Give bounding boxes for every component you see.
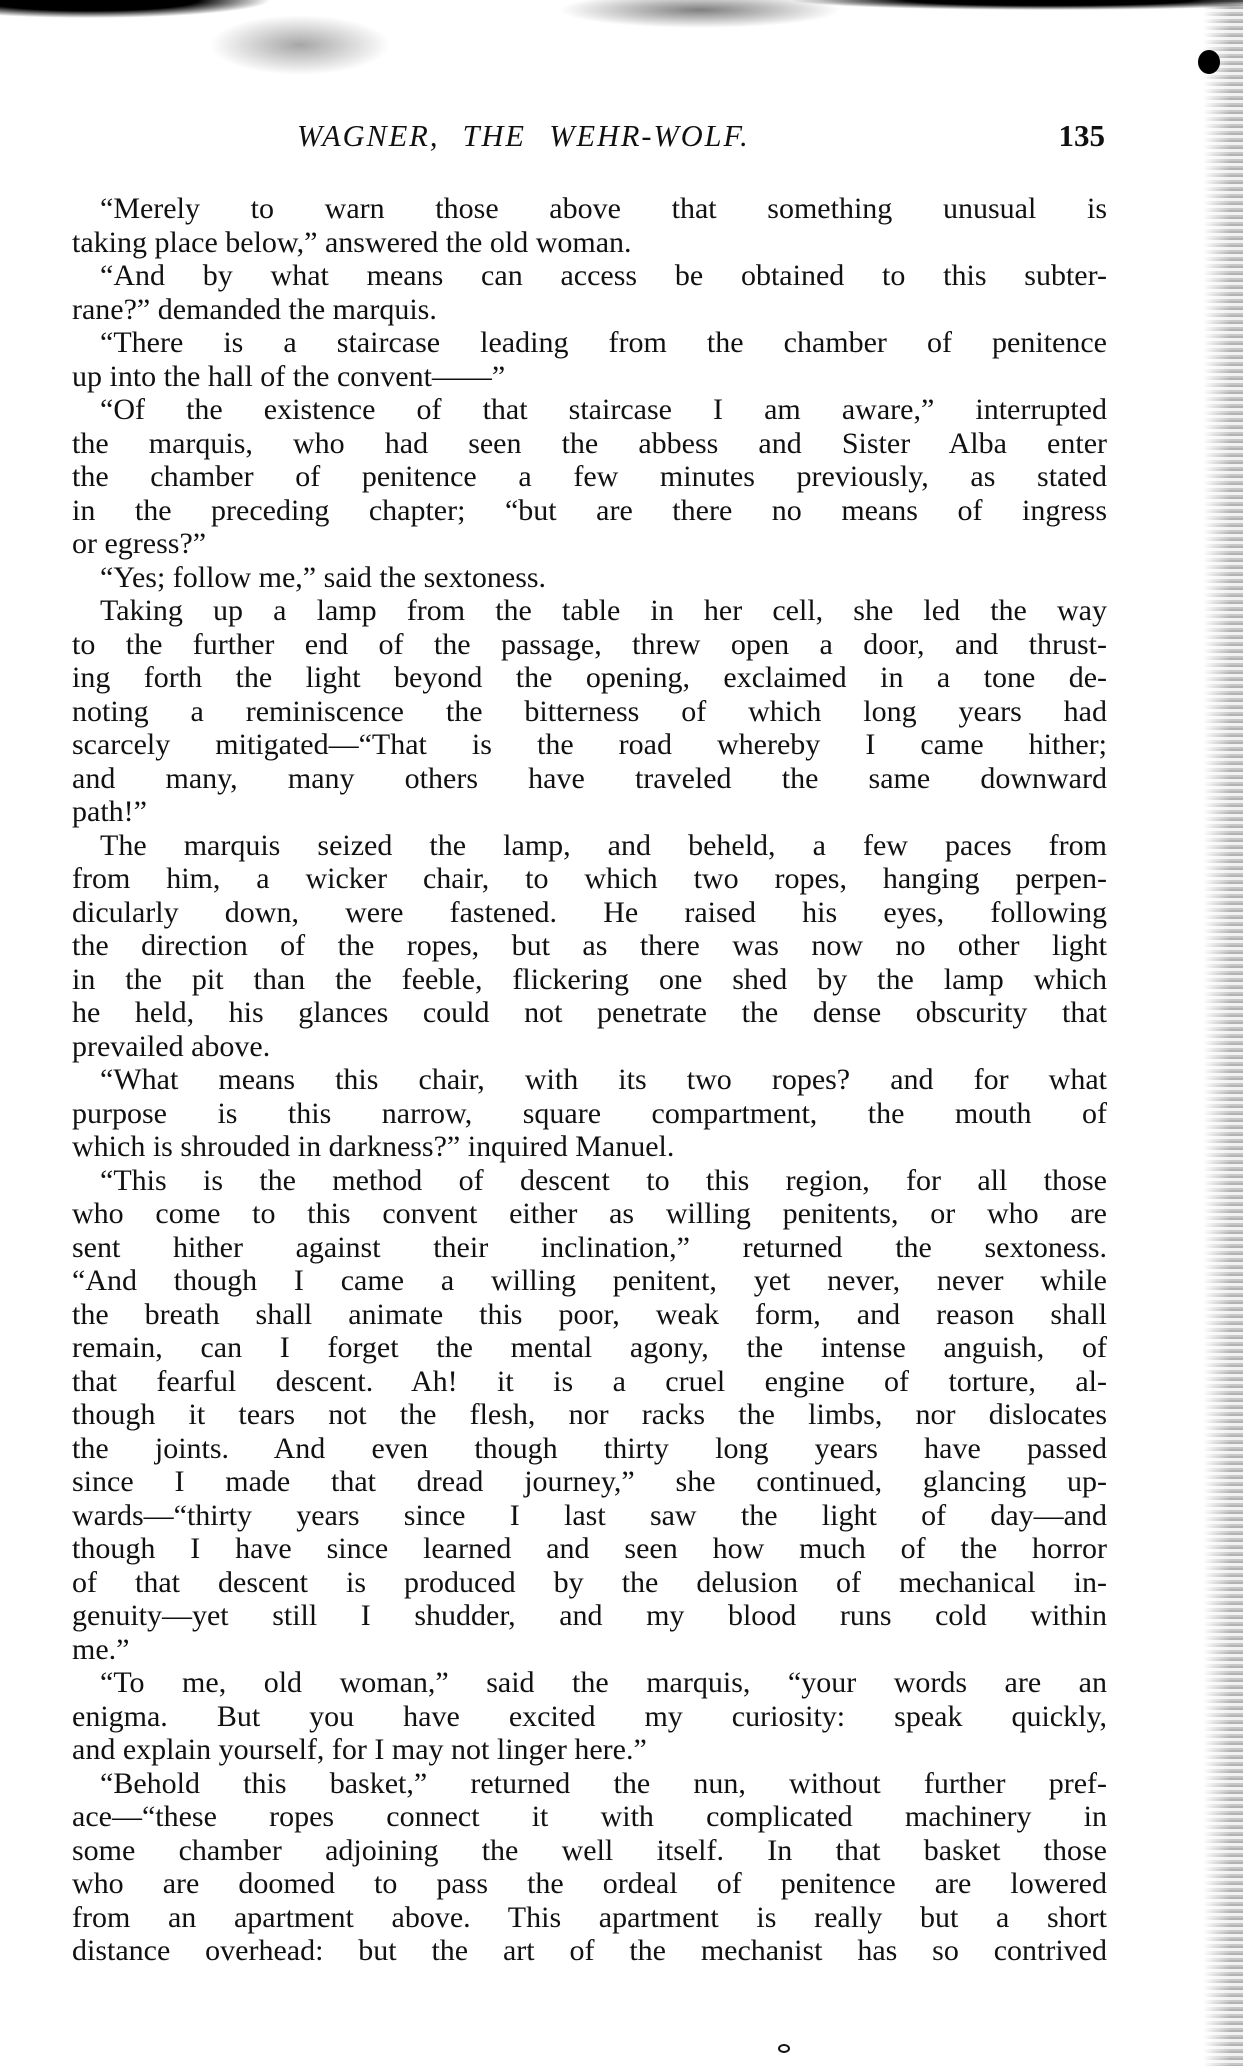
text-line: the breath shall animate this poor, weak… [72,1298,1107,1332]
text-line: the marquis, who had seen the abbess and… [72,427,1107,461]
text-line: sent hither against their inclination,” … [72,1231,1107,1265]
text-line: rane?” demanded the marquis. [72,293,1107,327]
text-line: scarcely mitigated—“That is the road whe… [72,728,1107,762]
text-line: prevailed above. [72,1030,1107,1064]
text-line: “What means this chair, with its two rop… [72,1063,1107,1097]
text-line: dicularly down, were fastened. He raised… [72,896,1107,930]
text-line: “And though I came a willing penitent, y… [72,1264,1107,1298]
text-line: distance overhead: but the art of the me… [72,1934,1107,1968]
scan-artifact-top [0,0,1243,90]
text-line: though it tears not the flesh, nor racks… [72,1398,1107,1432]
scan-artifact-right-edge [1203,0,1243,2066]
text-line: “Of the existence of that staircase I am… [72,393,1107,427]
text-line: taking place below,” answered the old wo… [72,226,1107,260]
text-line: “And by what means can access be obtaine… [72,259,1107,293]
text-line: up into the hall of the convent——” [72,360,1107,394]
text-line: The marquis seized the lamp, and beheld,… [72,829,1107,863]
text-line: to the further end of the passage, threw… [72,628,1107,662]
text-line: since I made that dread journey,” she co… [72,1465,1107,1499]
text-line: from him, a wicker chair, to which two r… [72,862,1107,896]
text-line: ace—“these ropes connect it with complic… [72,1800,1107,1834]
text-line: the joints. And even though thirty long … [72,1432,1107,1466]
running-title: WAGNER, THE WEHR-WOLF. [297,118,750,154]
text-line: “Merely to warn those above that somethi… [72,192,1107,226]
text-line: from an apartment above. This apartment … [72,1901,1107,1935]
running-head: WAGNER, THE WEHR-WOLF. 135 [72,118,1107,158]
text-line: the chamber of penitence a few minutes p… [72,460,1107,494]
text-line: he held, his glances could not penetrate… [72,996,1107,1030]
text-line: enigma. But you have excited my curiosit… [72,1700,1107,1734]
text-line: who are doomed to pass the ordeal of pen… [72,1867,1107,1901]
page-number: 135 [1059,118,1106,154]
text-line: “Behold this basket,” returned the nun, … [72,1767,1107,1801]
text-line: “Yes; follow me,” said the sextoness. [72,561,1107,595]
text-line: Taking up a lamp from the table in her c… [72,594,1107,628]
scan-speck [778,2044,790,2053]
text-line: which is shrouded in darkness?” inquired… [72,1130,1107,1164]
body-text: “Merely to warn those above that somethi… [72,192,1107,1968]
text-line: in the preceding chapter; “but are there… [72,494,1107,528]
binding-hole-mark [1198,50,1220,74]
text-line: noting a reminiscence the bitterness of … [72,695,1107,729]
text-line: me.” [72,1633,1107,1667]
text-line: path!” [72,795,1107,829]
text-line: “There is a staircase leading from the c… [72,326,1107,360]
text-line: wards—“thirty years since I last saw the… [72,1499,1107,1533]
text-line: of that descent is produced by the delus… [72,1566,1107,1600]
text-line: and many, many others have traveled the … [72,762,1107,796]
text-line: and explain yourself, for I may not ling… [72,1733,1107,1767]
text-line: or egress?” [72,527,1107,561]
text-line: ing forth the light beyond the opening, … [72,661,1107,695]
text-line: some chamber adjoining the well itself. … [72,1834,1107,1868]
text-line: purpose is this narrow, square compartme… [72,1097,1107,1131]
text-line: in the pit than the feeble, flickering o… [72,963,1107,997]
text-line: who come to this convent either as willi… [72,1197,1107,1231]
text-line: “To me, old woman,” said the marquis, “y… [72,1666,1107,1700]
text-line: the direction of the ropes, but as there… [72,929,1107,963]
text-line: that fearful descent. Ah! it is a cruel … [72,1365,1107,1399]
text-line: remain, can I forget the mental agony, t… [72,1331,1107,1365]
text-line: genuity—yet still I shudder, and my bloo… [72,1599,1107,1633]
text-line: “This is the method of descent to this r… [72,1164,1107,1198]
text-line: though I have since learned and seen how… [72,1532,1107,1566]
